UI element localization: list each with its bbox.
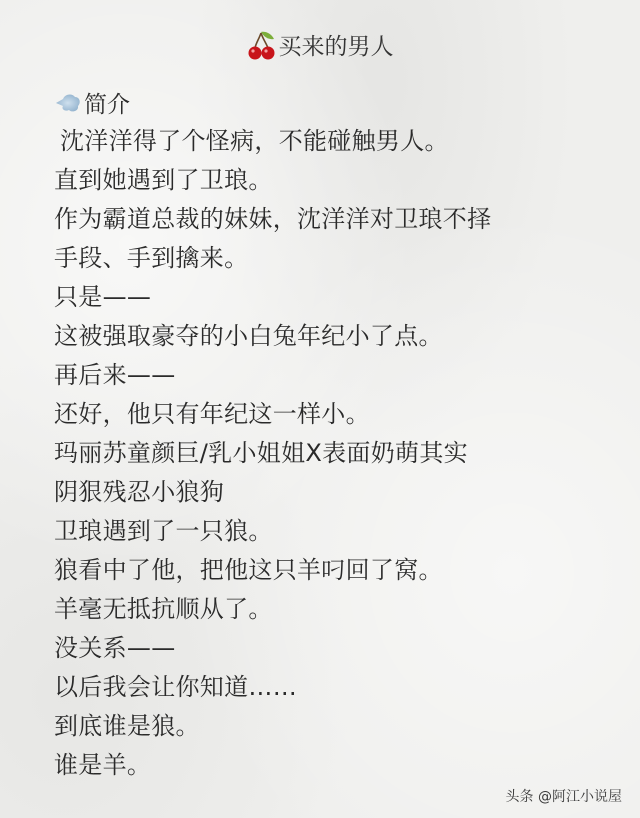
synopsis-line: 沈洋洋得了个怪病，不能碰触男人。 (54, 122, 620, 161)
synopsis-line: 手段、手到擒来。 (54, 239, 620, 278)
document-title: 买来的男人 (0, 28, 640, 61)
synopsis-line: 玛丽苏童颜巨/乳小姐姐X表面奶萌其实 (54, 434, 620, 473)
synopsis-line: 到底谁是狼。 (54, 707, 620, 746)
synopsis-line: 狼看中了他，把他这只羊叼回了窝。 (54, 551, 620, 590)
synopsis-line: 作为霸道总裁的妹妹，沈洋洋对卫琅不择 (54, 200, 620, 239)
synopsis-line: 这被强取豪夺的小白兔年纪小了点。 (54, 317, 620, 356)
synopsis-line: 阴狠残忍小狼狗 (54, 473, 620, 512)
synopsis-line: 谁是羊。 (54, 746, 620, 785)
synopsis-line: 还好，他只有年纪这一样小。 (54, 395, 620, 434)
synopsis-body: 沈洋洋得了个怪病，不能碰触男人。 直到她遇到了卫琅。 作为霸道总裁的妹妹，沈洋洋… (54, 122, 620, 785)
synopsis-line: 没关系—— (54, 629, 620, 668)
section-heading-text: 简介 (84, 86, 130, 119)
cloud-icon (54, 92, 82, 114)
synopsis-line: 以后我会让你知道…… (54, 668, 620, 707)
synopsis-line: 只是—— (54, 278, 620, 317)
synopsis-line: 羊毫无抵抗顺从了。 (54, 590, 620, 629)
cherry-icon (247, 29, 277, 61)
synopsis-line: 直到她遇到了卫琅。 (54, 161, 620, 200)
section-heading: 简介 (54, 86, 130, 119)
synopsis-line: 卫琅遇到了一只狼。 (54, 512, 620, 551)
watermark: 头条 @阿江小说屋 (506, 786, 622, 806)
synopsis-line: 再后来—— (54, 356, 620, 395)
title-text: 买来的男人 (279, 28, 394, 61)
